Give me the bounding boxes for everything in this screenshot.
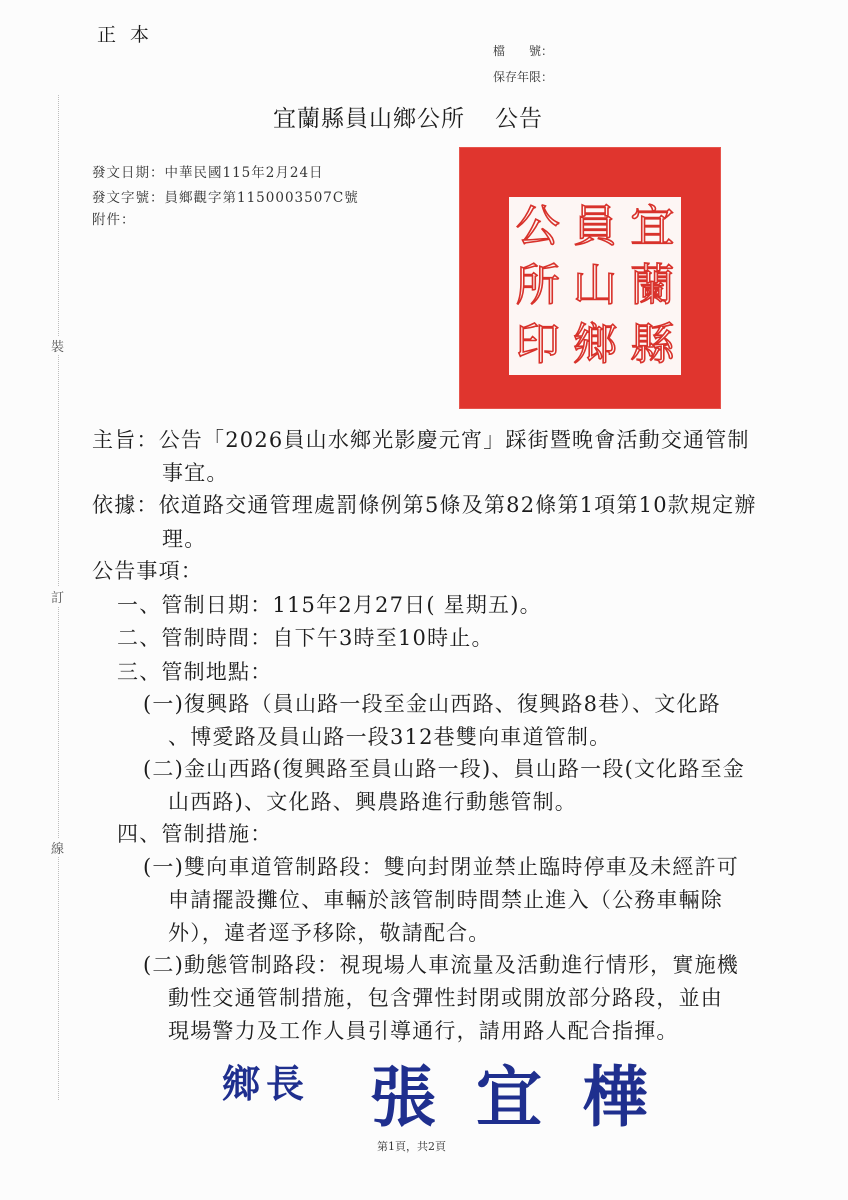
subject-line-2: 事宜。 xyxy=(162,457,229,487)
item-control-time: 二、管制時間：自下午3時至10時止。 xyxy=(117,622,494,652)
measures-a-line-1: (一)雙向車道管制路段：雙向封閉並禁止臨時停車及未經許可 xyxy=(143,851,739,881)
issue-date: 發文日期：中華民國115年2月24日 xyxy=(92,161,324,181)
title-organization: 宜蘭縣員山鄉公所 xyxy=(273,106,465,132)
seal-char: 所 xyxy=(509,256,566,315)
item-control-date: 一、管制日期：115年2月27日( 星期五)。 xyxy=(117,589,542,619)
subject-line-1: 主旨：公告「2026員山水鄉光影慶元宵」踩街暨晚會活動交通管制 xyxy=(92,424,750,454)
binding-mark-zhuang: 裝 xyxy=(51,336,64,355)
seal-char: 印 xyxy=(509,316,566,375)
item-control-measures-heading: 四、管制措施： xyxy=(117,818,272,848)
binding-mark-xian: 線 xyxy=(51,838,64,857)
issue-number: 發文字號：員鄉觀字第1150003507C號 xyxy=(92,186,359,206)
seal-char: 縣 xyxy=(624,316,681,375)
location-b-line-2: 山西路)、文化路、興農路進行動態管制。 xyxy=(168,786,577,816)
item-control-location-heading: 三、管制地點： xyxy=(117,656,272,686)
copy-mark: 正本 xyxy=(97,20,163,47)
basis-line-1: 依據：依道路交通管理處罰條例第5條及第82條第1項第10款規定辦 xyxy=(92,489,757,519)
items-heading: 公告事項： xyxy=(92,555,203,585)
measures-b-line-3: 現場警力及工作人員引導通行，請用路人配合指揮。 xyxy=(168,1015,679,1045)
seal-char: 公 xyxy=(509,197,566,256)
measures-a-line-2: 申請擺設攤位、車輛於該管制時間禁止進入（公務車輛除 xyxy=(168,884,723,914)
signature-title-stamp: 鄉長 xyxy=(222,1053,310,1108)
title-type: 公告 xyxy=(495,106,543,132)
seal-char: 宜 xyxy=(624,197,681,256)
location-a-line-2: 、博愛路及員山路一段312巷雙向車道管制。 xyxy=(168,721,611,751)
signature-name-stamp: 張宜樺 xyxy=(370,1044,688,1139)
location-b-line-1: (二)金山西路(復興路至員山路一段)、員山路一段(文化路至金 xyxy=(143,753,745,783)
seal-char: 鄉 xyxy=(566,316,623,375)
official-seal-stamp: 宜 蘭 縣 員 山 鄉 公 所 印 xyxy=(459,147,721,409)
file-number-label-2: 號： xyxy=(529,44,553,58)
location-a-line-1: (一)復興路（員山路一段至金山西路、復興路8巷）、文化路 xyxy=(143,688,721,718)
file-number-field: 檔號： xyxy=(493,42,553,59)
seal-char: 員 xyxy=(566,197,623,256)
document-title: 宜蘭縣員山鄉公所公告 xyxy=(273,100,543,133)
measures-b-line-1: (二)動態管制路段：視現場人車流量及活動進行情形，實施機 xyxy=(143,949,739,979)
attachment-field: 附件： xyxy=(92,208,136,228)
measures-a-line-3: 外），違者逕予移除，敬請配合。 xyxy=(168,917,491,947)
seal-char: 山 xyxy=(566,256,623,315)
seal-char: 蘭 xyxy=(624,256,681,315)
basis-line-2: 理。 xyxy=(162,523,206,553)
measures-b-line-2: 動性交通管制措施，包含彈性封閉或開放部分路段，並由 xyxy=(168,982,723,1012)
seal-inner-field: 宜 蘭 縣 員 山 鄉 公 所 印 xyxy=(509,197,681,375)
page-number: 第1頁，共2頁 xyxy=(377,1138,446,1154)
retention-period-field: 保存年限： xyxy=(493,68,553,85)
file-number-label: 檔 xyxy=(493,44,529,58)
binding-mark-ding: 訂 xyxy=(51,587,64,606)
